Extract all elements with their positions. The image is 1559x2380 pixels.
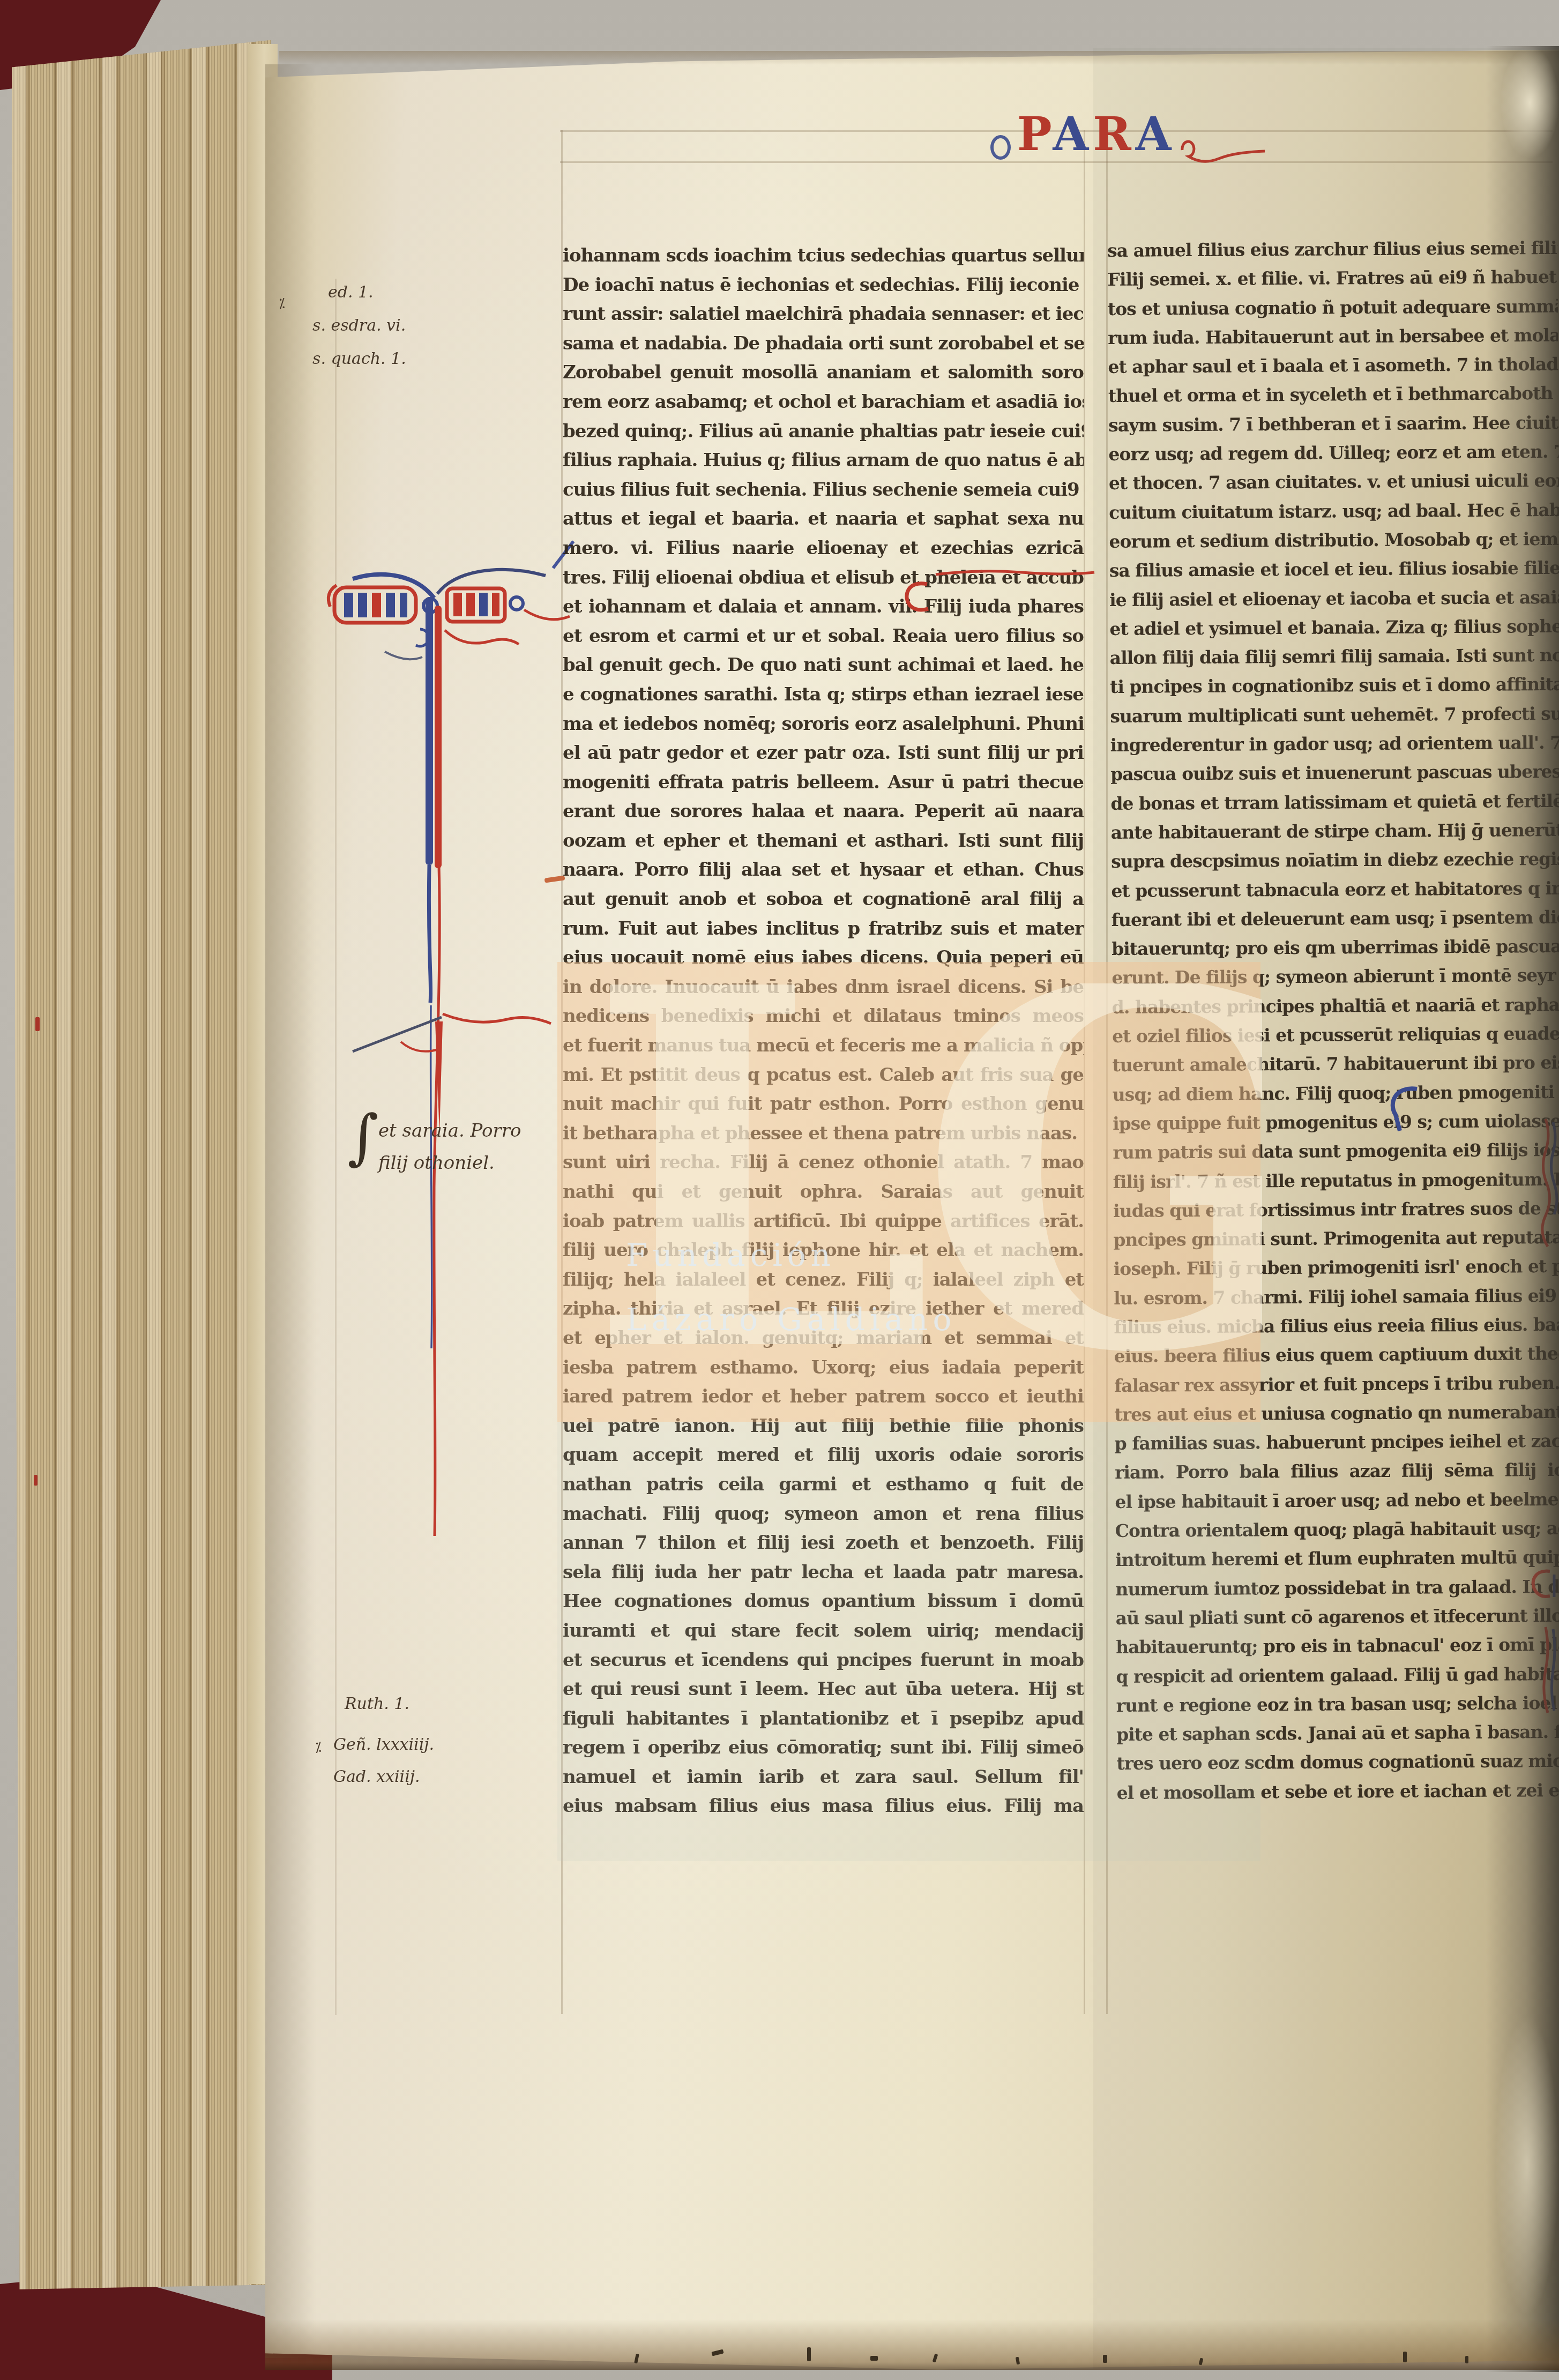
header-letter: R <box>1093 107 1135 161</box>
manuscript-text-line: e cognationes sarathi. Ista q; stirps et… <box>563 680 1084 710</box>
ink-tip <box>1103 2355 1107 2363</box>
red-overline-mark <box>935 569 1095 577</box>
manuscript-text-line: rem eorz asabamq; et ochol et barachiam … <box>563 387 1084 417</box>
manuscript-text-line: et esrom et carmi et ur et sobal. Reaia … <box>563 622 1084 651</box>
manuscript-text-line: el aū patr gedor et ezer patr oza. Isti … <box>563 738 1084 768</box>
manuscript-text-line: iohannam scds ioachim tcius sedechias qu… <box>563 241 1084 271</box>
margin-note-mid: et saraia. Porro <box>378 1121 521 1140</box>
gutter-soften-top <box>1501 46 1559 159</box>
manuscript-text-line: tres. Filij elioenai obdiua et elisub et… <box>563 563 1084 593</box>
margin-signe-de-renvoi: ⁒ <box>279 296 285 312</box>
decorated-initial-F-icon <box>320 566 572 1573</box>
manuscript-text-line: sama et nadabia. De phadaia orti sunt zo… <box>563 329 1084 359</box>
watermark-faint-band <box>557 1422 1260 1861</box>
margin-note-top: s. esdra. vi. <box>312 316 406 335</box>
blue-paraph-mark <box>1383 1084 1422 1134</box>
margin-note-bottom: Geñ. lxxxiiij. <box>333 1735 434 1755</box>
header-ring-ornament <box>990 135 1011 160</box>
manuscript-text-line: runt assir: salatiel maelchirā phadaia s… <box>563 300 1084 329</box>
page-bottom-edge <box>265 2319 1559 2370</box>
manuscript-text-line: Zorobabel genuit mosollā ananiam et salo… <box>563 358 1084 387</box>
margin-note-bottom: Ruth. 1. <box>345 1695 409 1714</box>
ruling-line-horizontal <box>560 161 1553 163</box>
fore-edge-red-fleck <box>34 1475 38 1486</box>
manuscript-text-line: filius raphaia. Huius q; filius arnam de… <box>563 446 1084 475</box>
red-paraph-mark <box>899 580 934 613</box>
fanned-page-edges-highlight <box>12 31 271 2292</box>
margin-note-top: ed. 1. <box>328 283 374 302</box>
margin-note-mid: filij othoniel. <box>378 1153 495 1173</box>
fore-edge-red-fleck <box>35 1017 40 1031</box>
manuscript-text-line: attus et iegal et baaria. et naaria et s… <box>563 504 1084 534</box>
header-letter: A <box>1053 107 1093 161</box>
manuscript-text-line: cuius filius fuit sechenia. Filius seche… <box>563 475 1084 505</box>
manuscript-text-line: oozam et epher et themani et asthari. Is… <box>563 826 1084 856</box>
watermark-text-line: Fundación <box>626 1237 836 1273</box>
margin-note-top: s. quach. 1. <box>312 349 406 369</box>
gutter-soften-bottom <box>1495 2015 1559 2315</box>
header-red-squiggle-icon <box>1177 132 1268 166</box>
manuscript-text-line: De ioachī natus ē iechonias et sedechias… <box>563 271 1084 300</box>
header-letter: A <box>1136 107 1176 161</box>
margin-bracket: ∫ <box>347 1110 378 1164</box>
ink-tip <box>807 2347 811 2361</box>
manuscript-text-line: mero. vi. Filius naarie elioenay et ezec… <box>563 534 1084 563</box>
header-letter: P <box>1017 107 1053 161</box>
page-inner-shadow-left <box>265 64 316 2358</box>
manuscript-text-line: bezed quinq;. Filius aū ananie phaltias … <box>563 417 1084 446</box>
ink-tip <box>870 2356 878 2361</box>
ink-tip <box>1403 2352 1407 2362</box>
manuscript-text-line: ma et iedebos nomēq; sororis eorz asalel… <box>563 710 1084 739</box>
manuscript-text-line: naara. Porro filij alaa set et hysaar et… <box>563 855 1084 885</box>
manuscript-text-line: mogeniti effrata patris belleem. Asur ū … <box>563 768 1084 797</box>
watermark-text-line: Lázaro Galdiano <box>626 1301 956 1338</box>
manuscript-text-line: rum. Fuit aut iabes inclitus p fratribz … <box>563 914 1084 944</box>
manuscript-text-line: aut genuit anob et soboa et cognationē a… <box>563 885 1084 914</box>
manuscript-photo: PARA ⁒ ed. 1. s. esdra. vi. s. quach. 1. <box>0 0 1559 2380</box>
manuscript-text-line: erant due sorores halaa et naara. Peperi… <box>563 797 1084 826</box>
manuscript-text-line: et iohannam et dalaia et annam. vii. Fil… <box>563 592 1084 622</box>
margin-note-bottom: Gad. xxiiij. <box>333 1767 420 1787</box>
margin-signe-de-renvoi: ⁒ <box>315 1740 322 1756</box>
running-header-title: PARA <box>1017 110 1175 159</box>
manuscript-text-line: bal genuit gech. De quo nati sunt achima… <box>563 651 1084 680</box>
ink-tip <box>1465 2356 1468 2363</box>
